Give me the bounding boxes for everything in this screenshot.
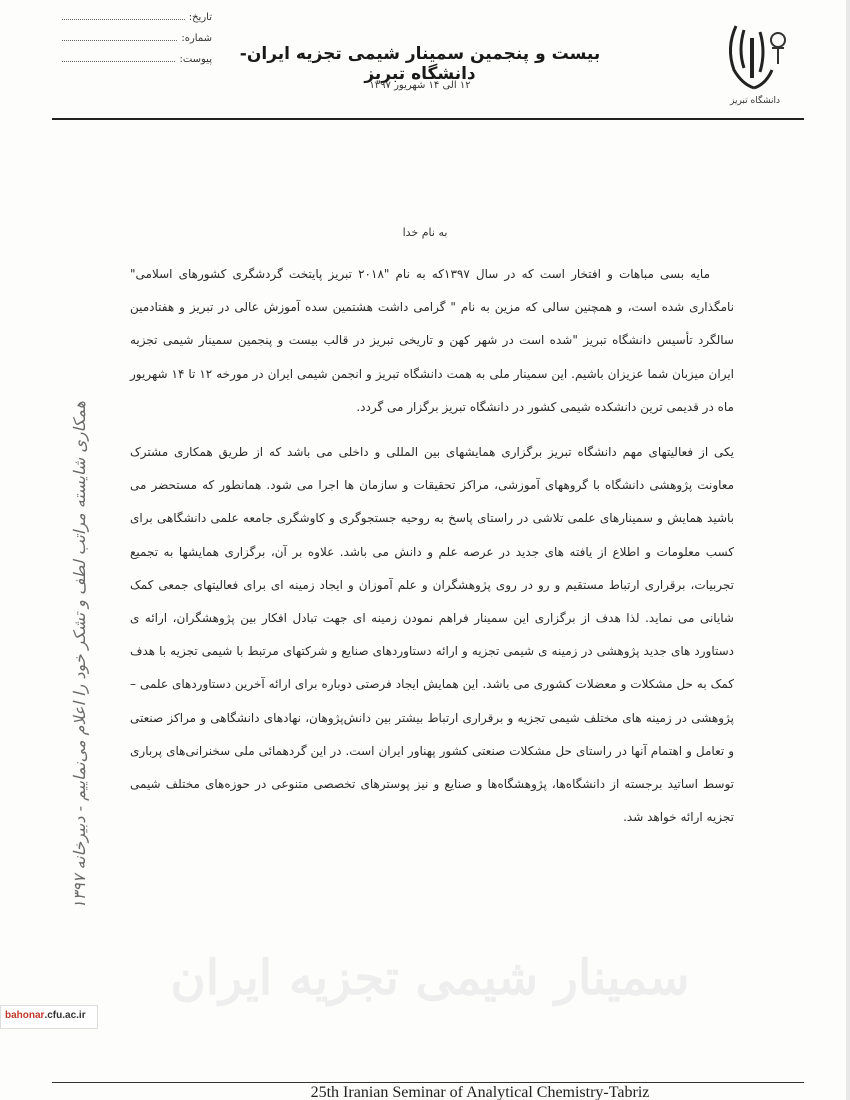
attachment-label: پیوست: bbox=[179, 54, 212, 65]
seminar-title: بیست و پنجمین سمینار شیمی تجزیه ایران-دا… bbox=[210, 44, 630, 84]
logo-caption: دانشگاه تبریز bbox=[714, 96, 796, 106]
date-field: تاریخ: bbox=[62, 10, 212, 31]
number-field: شماره: bbox=[62, 31, 212, 52]
footer-divider bbox=[52, 1082, 804, 1083]
basmala: به نام خدا bbox=[300, 226, 550, 239]
header-divider bbox=[52, 118, 804, 120]
letter-body: مایه بسی مباهات و افتخار است که در سال ۱… bbox=[130, 258, 734, 846]
site-badge[interactable]: bahonar.cfu.ac.ir bbox=[0, 1005, 98, 1029]
date-label: تاریخ: bbox=[189, 12, 212, 23]
page-edge bbox=[846, 0, 850, 1100]
site-prefix: bahonar bbox=[5, 1010, 44, 1021]
university-emblem-icon bbox=[714, 18, 796, 108]
handwritten-margin-note: همکاری شایسته مراتب لطف و تشکر خود را اع… bbox=[70, 315, 100, 995]
paragraph-2: یکی از فعالیتهای مهم دانشگاه تبریز برگزا… bbox=[130, 436, 734, 834]
seminar-dates: ۱۲ الی ۱۴ شهریور ۱۳۹۷ bbox=[320, 80, 520, 91]
site-suffix: .cfu.ac.ir bbox=[44, 1010, 85, 1021]
attachment-field: پیوست: bbox=[62, 52, 212, 73]
watermark: سمینار شیمی تجزیه ایران bbox=[110, 950, 750, 1006]
footer-title: 25th Iranian Seminar of Analytical Chemi… bbox=[200, 1084, 760, 1100]
number-label: شماره: bbox=[181, 33, 212, 44]
paragraph-1: مایه بسی مباهات و افتخار است که در سال ۱… bbox=[130, 258, 734, 424]
letter-fields: تاریخ: شماره: پیوست: bbox=[62, 10, 212, 73]
